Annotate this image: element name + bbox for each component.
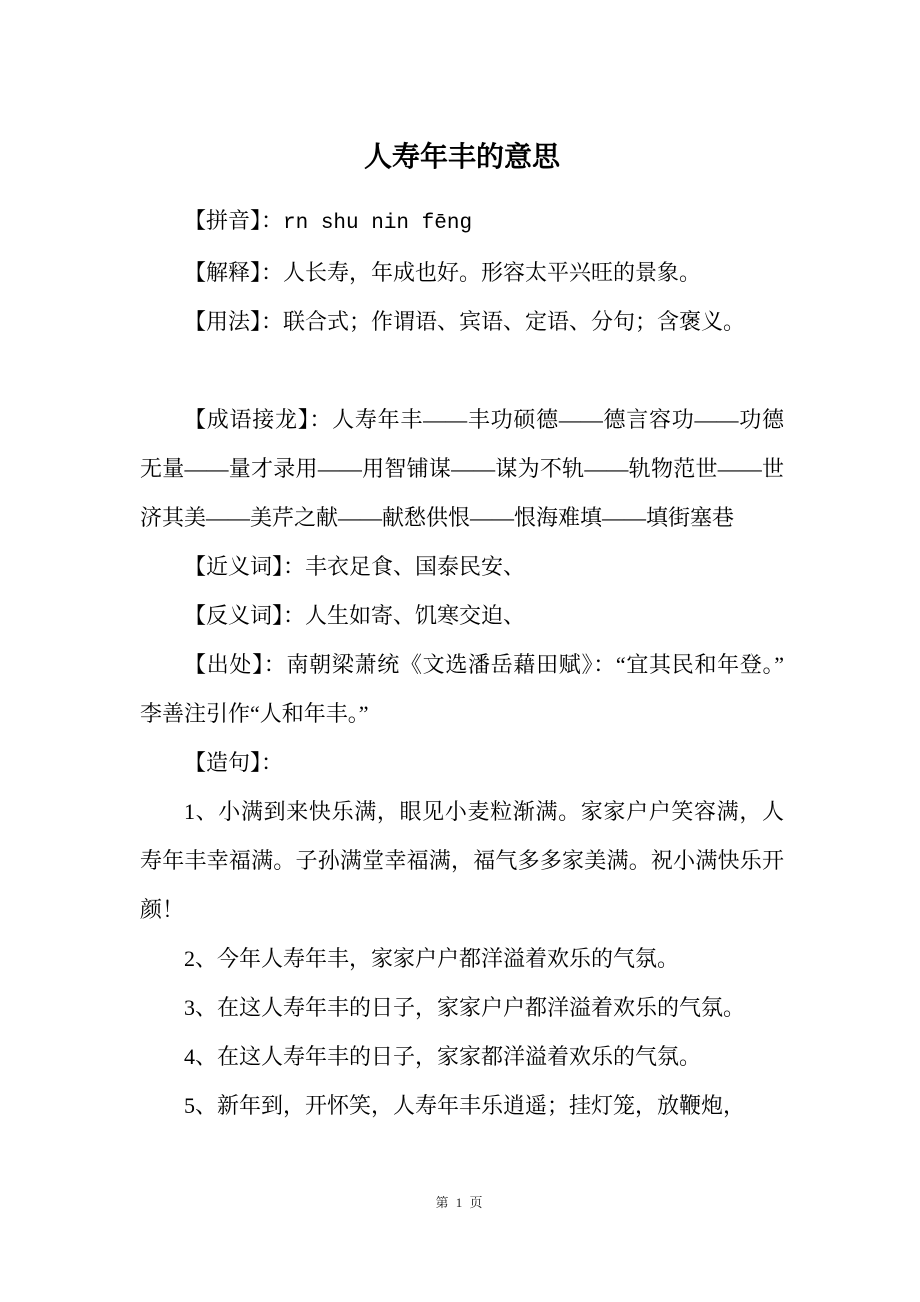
document-content: 人寿年丰的意思 【拼音】：rn shu nin fēng 【解释】：人长寿，年成… <box>140 138 784 1130</box>
pinyin-label: 【拼音】： <box>184 208 283 233</box>
sentence-4: 4、在这人寿年丰的日子，家家都洋溢着欢乐的气氛。 <box>140 1032 784 1081</box>
paragraph-antonyms: 【反义词】：人生如寄、饥寒交迫、 <box>140 591 784 640</box>
paragraph-usage: 【用法】：联合式；作谓语、宾语、定语、分句；含褒义。 <box>140 297 784 346</box>
sentence-3: 3、在这人寿年丰的日子，家家户户都洋溢着欢乐的气氛。 <box>140 983 784 1032</box>
pinyin-value: rn shu nin fēng <box>283 212 472 235</box>
page-title: 人寿年丰的意思 <box>140 138 784 176</box>
blank-line <box>140 346 784 395</box>
paragraph-explanation: 【解释】：人长寿，年成也好。形容太平兴旺的景象。 <box>140 248 784 297</box>
sentence-5: 5、新年到，开怀笑，人寿年丰乐逍遥；挂灯笼，放鞭炮， <box>140 1081 784 1130</box>
paragraph-synonyms: 【近义词】：丰衣足食、国泰民安、 <box>140 542 784 591</box>
paragraph-source: 【出处】：南朝梁萧统《文选潘岳藉田赋》：“宜其民和年登。”李善注引作“人和年丰。… <box>140 640 784 738</box>
paragraph-idiom-chain: 【成语接龙】：人寿年丰——丰功硕德——德言容功——功德无量——量才录用——用智铺… <box>140 395 784 542</box>
paragraph-pinyin: 【拼音】：rn shu nin fēng <box>140 196 784 248</box>
document-page: 人寿年丰的意思 【拼音】：rn shu nin fēng 【解释】：人长寿，年成… <box>0 0 920 1302</box>
page-number-footer: 第 1 页 <box>0 1192 920 1211</box>
sentence-1: 1、小满到来快乐满，眼见小麦粒渐满。家家户户笑容满，人寿年丰幸福满。子孙满堂幸福… <box>140 787 784 934</box>
sentence-2: 2、今年人寿年丰，家家户户都洋溢着欢乐的气氛。 <box>140 934 784 983</box>
paragraph-sentences-label: 【造句】： <box>140 738 784 787</box>
